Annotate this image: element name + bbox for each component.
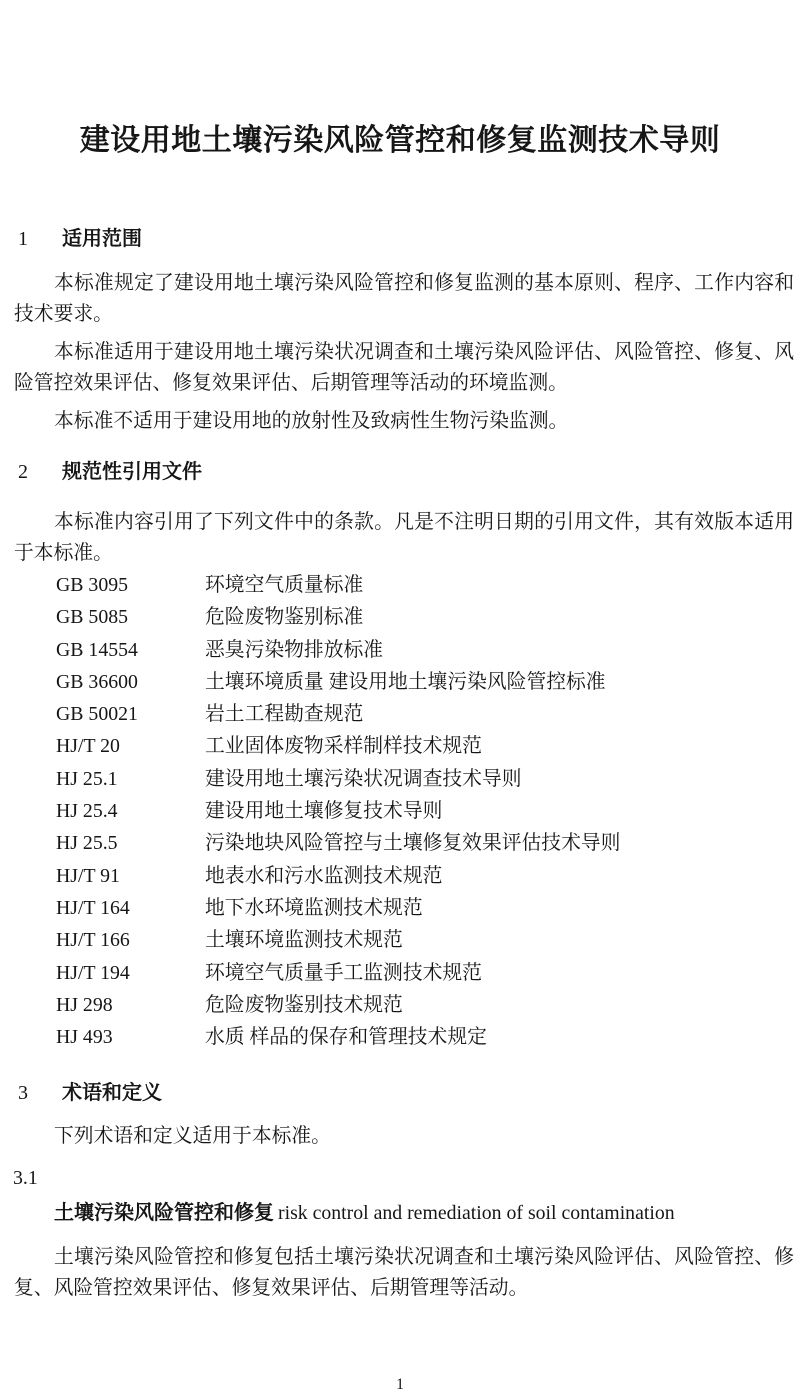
- reference-row: HJ 25.1建设用地土壤污染状况调查技术导则: [56, 763, 800, 795]
- reference-title: 恶臭污染物排放标准: [205, 634, 800, 666]
- reference-row: HJ/T 194环境空气质量手工监测技术规范: [56, 957, 800, 989]
- reference-row: GB 3095环境空气质量标准: [56, 569, 800, 601]
- reference-title: 环境空气质量标准: [205, 569, 800, 601]
- reference-code: HJ/T 194: [56, 957, 205, 989]
- reference-code: HJ/T 20: [56, 730, 205, 762]
- reference-row: GB 50021岩土工程勘查规范: [56, 698, 800, 730]
- reference-title: 环境空气质量手工监测技术规范: [205, 957, 800, 989]
- section-1-paragraph-1: 本标准规定了建设用地土壤污染风险管控和修复监测的基本原则、程序、工作内容和技术要…: [14, 268, 794, 330]
- reference-row: HJ 25.4建设用地土壤修复技术导则: [56, 795, 800, 827]
- section-2-number: 2: [18, 459, 62, 485]
- section-1-number: 1: [18, 226, 62, 252]
- section-2-heading: 2 规范性引用文件: [18, 459, 800, 485]
- reference-title: 危险废物鉴别技术规范: [205, 989, 800, 1021]
- reference-title: 地表水和污水监测技术规范: [205, 860, 800, 892]
- reference-title: 地下水环境监测技术规范: [205, 892, 800, 924]
- section-1-paragraph-3: 本标准不适用于建设用地的放射性及致病性生物污染监测。: [14, 406, 794, 437]
- reference-row: GB 5085危险废物鉴别标准: [56, 601, 800, 633]
- reference-row: HJ/T 20工业固体废物采样制样技术规范: [56, 730, 800, 762]
- section-2-title: 规范性引用文件: [62, 459, 202, 485]
- reference-row: HJ/T 166土壤环境监测技术规范: [56, 924, 800, 956]
- reference-code: HJ 298: [56, 989, 205, 1021]
- reference-code: GB 3095: [56, 569, 205, 601]
- reference-code: HJ/T 91: [56, 860, 205, 892]
- section-3-number: 3: [18, 1080, 62, 1106]
- term-number: 3.1: [13, 1163, 800, 1194]
- reference-title: 建设用地土壤修复技术导则: [205, 795, 800, 827]
- reference-title: 污染地块风险管控与土壤修复效果评估技术导则: [205, 827, 800, 859]
- reference-title: 土壤环境质量 建设用地土壤污染风险管控标准: [205, 666, 800, 698]
- reference-list: GB 3095环境空气质量标准 GB 5085危险废物鉴别标准 GB 14554…: [56, 569, 800, 1053]
- reference-title: 危险废物鉴别标准: [205, 601, 800, 633]
- reference-title: 水质 样品的保存和管理技术规定: [205, 1021, 800, 1053]
- reference-title: 建设用地土壤污染状况调查技术导则: [205, 763, 800, 795]
- term-name-zh: 土壤污染风险管控和修复: [54, 1202, 274, 1224]
- reference-row: GB 14554恶臭污染物排放标准: [56, 634, 800, 666]
- term-name-en: risk control and remediation of soil con…: [278, 1202, 675, 1224]
- reference-code: HJ 25.4: [56, 795, 205, 827]
- document-title: 建设用地土壤污染风险管控和修复监测技术导则: [0, 123, 800, 159]
- section-1-heading: 1 适用范围: [18, 226, 800, 252]
- reference-code: GB 14554: [56, 634, 205, 666]
- reference-row: HJ/T 164地下水环境监测技术规范: [56, 892, 800, 924]
- reference-code: HJ 493: [56, 1021, 205, 1053]
- reference-row: HJ 493水质 样品的保存和管理技术规定: [56, 1021, 800, 1053]
- reference-code: HJ/T 164: [56, 892, 205, 924]
- section-1-title: 适用范围: [62, 226, 142, 252]
- section-2-intro: 本标准内容引用了下列文件中的条款。凡是不注明日期的引用文件，其有效版本适用于本标…: [14, 507, 794, 569]
- section-3-title: 术语和定义: [62, 1080, 162, 1106]
- section-3-heading: 3 术语和定义: [18, 1080, 800, 1106]
- reference-title: 岩土工程勘查规范: [205, 698, 800, 730]
- reference-code: GB 50021: [56, 698, 205, 730]
- section-1-paragraph-2: 本标准适用于建设用地土壤污染状况调查和土壤污染风险评估、风险管控、修复、风险管控…: [14, 337, 794, 399]
- reference-row: GB 36600土壤环境质量 建设用地土壤污染风险管控标准: [56, 666, 800, 698]
- page-number: 1: [0, 1376, 800, 1394]
- document-page: 建设用地土壤污染风险管控和修复监测技术导则 1 适用范围 本标准规定了建设用地土…: [0, 0, 800, 1399]
- reference-code: HJ/T 166: [56, 924, 205, 956]
- reference-row: HJ 298危险废物鉴别技术规范: [56, 989, 800, 1021]
- reference-row: HJ/T 91地表水和污水监测技术规范: [56, 860, 800, 892]
- reference-row: HJ 25.5污染地块风险管控与土壤修复效果评估技术导则: [56, 827, 800, 859]
- reference-code: HJ 25.5: [56, 827, 205, 859]
- reference-title: 土壤环境监测技术规范: [205, 924, 800, 956]
- section-3-intro: 下列术语和定义适用于本标准。: [14, 1121, 794, 1152]
- reference-code: GB 5085: [56, 601, 205, 633]
- term-definition: 土壤污染风险管控和修复包括土壤污染状况调查和土壤污染风险评估、风险管控、修复、风…: [14, 1242, 794, 1304]
- reference-title: 工业固体废物采样制样技术规范: [205, 730, 800, 762]
- term-line: 土壤污染风险管控和修复 risk control and remediation…: [14, 1198, 794, 1230]
- reference-code: HJ 25.1: [56, 763, 205, 795]
- reference-code: GB 36600: [56, 666, 205, 698]
